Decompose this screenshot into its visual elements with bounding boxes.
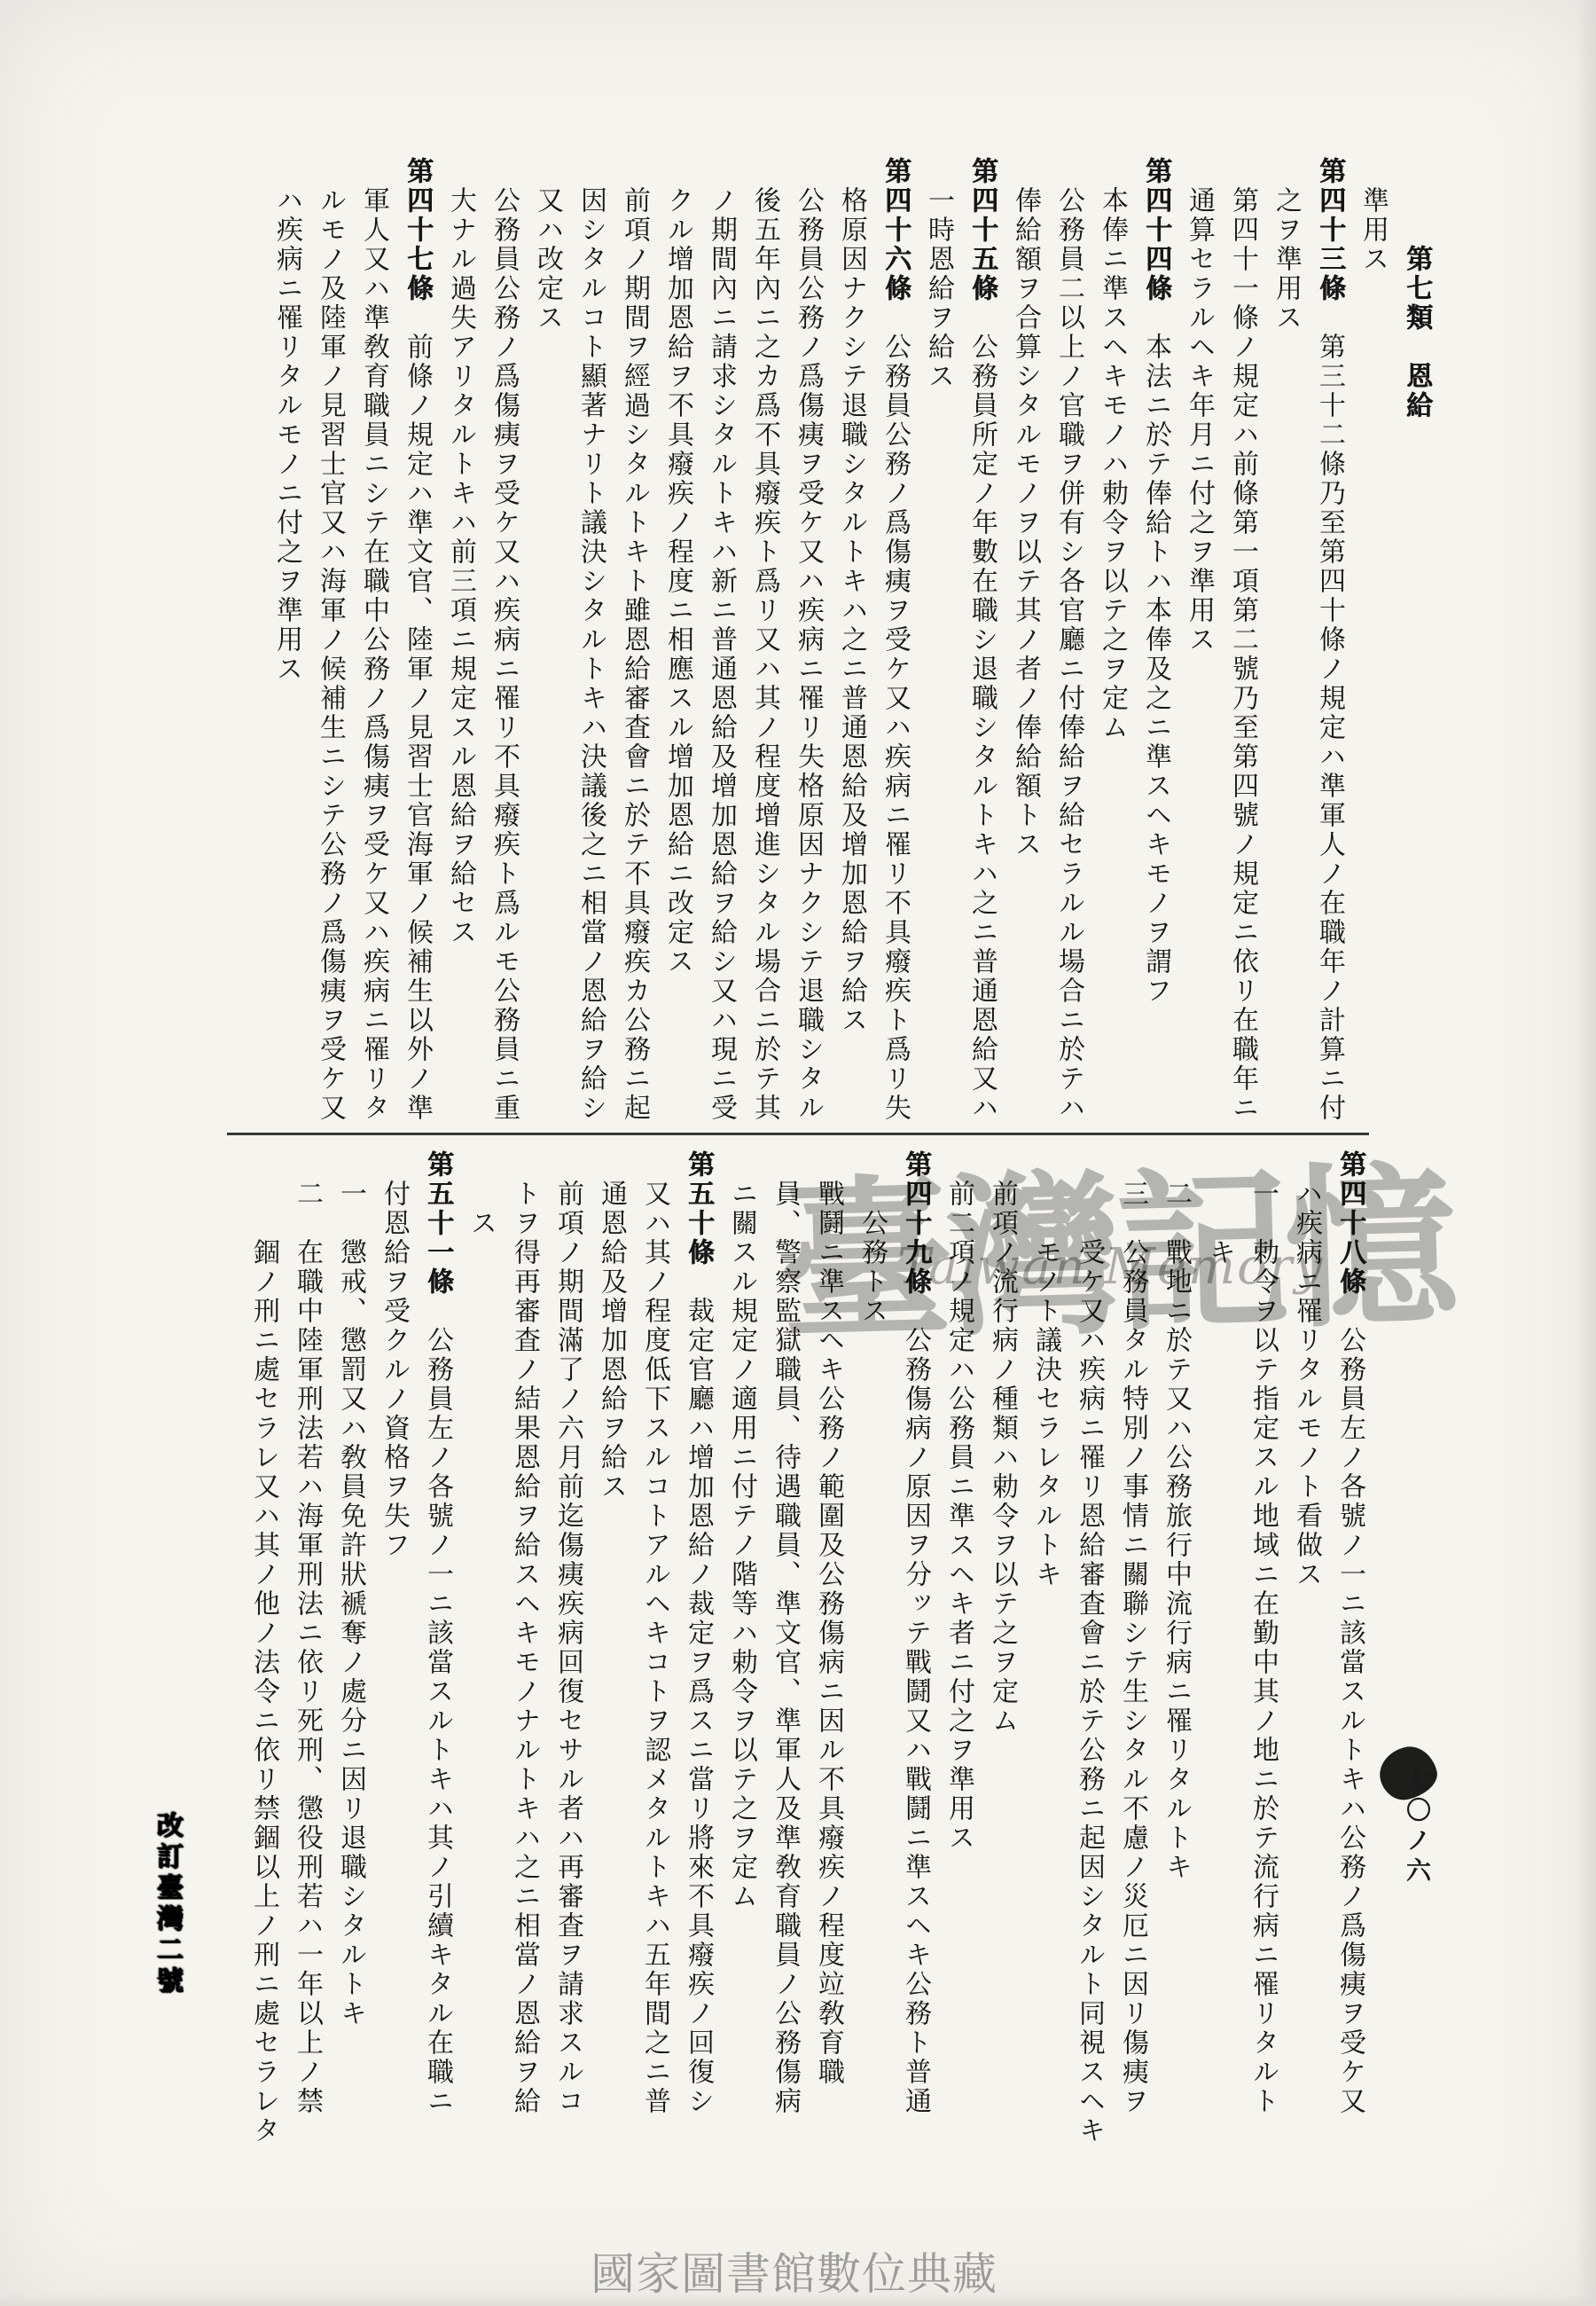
article-number: 第五十條: [683, 1150, 714, 1267]
text-column: 又ハ其ノ程度低下スルコトアルヘキコトヲ認メタルトキハ五年間之ニ普: [633, 1150, 677, 2157]
column-text: トヲ得再審査ノ結果恩給ヲ給スヘキモノナルトキハ之ニ相當ノ恩給ヲ給: [509, 1180, 540, 2116]
column-text: 因シタルコト顯著ナリト議決シタルトキハ決議後之ニ相當ノ恩給ヲ給シ: [575, 186, 606, 1123]
text-column: 因シタルコト顯著ナリト議決シタルトキハ決議後之ニ相當ノ恩給ヲ給シ: [569, 157, 613, 1133]
article-number: 第五十一條: [422, 1150, 453, 1297]
column-text: 俸給額ヲ合算シタルモノヲ以テ其ノ者ノ俸給額トス: [1010, 186, 1041, 859]
text-column: 通算セラルヘキ年月ニ付之ヲ準用ス: [1177, 157, 1221, 1133]
text-column: 之ヲ準用ス: [1264, 157, 1308, 1133]
column-text: ハ疾病ニ罹リタルモノト看做ス: [1291, 1180, 1322, 1589]
column-text: 第四十一條ノ規定ハ前條第一項第二號乃至第四號ノ規定ニ依リ在職年ニ: [1227, 186, 1258, 1123]
text-column: 第四十六條 公務員公務ノ爲傷痍ヲ受ケ又ハ疾病ニ罹リ不具癈疾ト爲リ失: [873, 157, 917, 1133]
column-text: ノ期間內ニ請求シタルトキハ新ニ普通恩給及增加恩給ヲ給シ又ハ現ニ受: [706, 186, 737, 1123]
text-column: 一 懲戒、懲罰又ハ敎員免許狀褫奪ノ處分ニ因リ退職シタルトキ: [329, 1150, 372, 2157]
article-number: 第四十四條: [1140, 157, 1171, 303]
column-text: 後五年內ニ之カ爲不具癈疾ト爲リ又ハ其ノ程度增進シタル場合ニ於テ其: [749, 186, 780, 1123]
text-column: 後五年內ニ之カ爲不具癈疾ト爲リ又ハ其ノ程度增進シタル場合ニ於テ其: [743, 157, 786, 1133]
scan-edge-shading: [1576, 0, 1596, 2306]
text-column: ス: [459, 1150, 503, 2157]
text-column: 第五十一條 公務員左ノ各號ノ一ニ該當スルトキハ其ノ引續キタル在職ニ: [416, 1150, 459, 2157]
text-column: トヲ得再審査ノ結果恩給ヲ給スヘキモノナルトキハ之ニ相當ノ恩給ヲ給: [503, 1150, 546, 2157]
column-text: 前項ノ期間ヲ經過シタルトキト雖恩給審査會ニ於テ不具癈疾カ公務ニ起: [619, 186, 650, 1123]
column-text: 前條ノ規定ハ準文官、陸軍ノ見習士官海軍ノ候補生以外ノ準: [402, 303, 433, 1123]
column-text: 本俸ニ準スヘキモノハ勅令ヲ以テ之ヲ定ム: [1097, 186, 1128, 742]
text-column: 又ハ改定ス: [526, 157, 569, 1133]
column-text: 公務員左ノ各號ノ一ニ該當スルトキハ其ノ引續キタル在職ニ: [422, 1297, 453, 2116]
text-column: 格原因ナクシテ退職シタルトキハ之ニ普通恩給及增加恩給ヲ給ス: [830, 157, 873, 1133]
page-number: 七〇ノ六: [1399, 1767, 1435, 1887]
text-column: 二 戰地ニ於テ又ハ公務旅行中流行病ニ罹リタルトキ: [1154, 1150, 1198, 2157]
column-text: 前項ノ期間滿了ノ六月前迄傷痍疾病回復セサル者ハ再審査ヲ請求スルコ: [552, 1180, 583, 2116]
column-text: 前二項ノ規定ハ公務員ニ準スヘキ者ニ付之ヲ準用ス: [943, 1180, 974, 1853]
upper-text-block: 第七類 恩給準用ス第四十三條 第三十二條乃至第四十條ノ規定ハ準軍人ノ在職年ノ計算…: [265, 157, 1438, 1133]
text-column: 第四十九條 公務傷病ノ原因ヲ分ッテ戰鬪又ハ戰鬪ニ準スヘキ公務ト普通: [894, 1150, 937, 2157]
text-column: 第四十八條 公務員左ノ各號ノ一ニ該當スルトキハ公務ノ爲傷痍ヲ受ケ又: [1328, 1150, 1372, 2157]
column-text: 員、警察監獄職員、待遇職員、準文官、準軍人及準敎育職員ノ公務傷病: [770, 1180, 801, 2116]
column-text: 又ハ其ノ程度低下スルコトアルヘキコトヲ認メタルトキハ五年間之ニ普: [639, 1180, 670, 2116]
article-number: 第四十三條: [1314, 157, 1345, 303]
column-text: 公務員公務ノ爲傷痍ヲ受ケ又ハ疾病ニ罹リ不具癈疾ト爲リ失: [880, 303, 911, 1123]
column-text: 三 公務員タル特別ノ事情ニ關聯シテ生シタル不慮ノ災厄ニ因リ傷痍ヲ: [1117, 1180, 1148, 2116]
column-text: 二 戰地ニ於テ又ハ公務旅行中流行病ニ罹リタルトキ: [1161, 1180, 1192, 1882]
text-column: 公務トス: [850, 1150, 894, 2157]
column-text: ルモノ及陸軍ノ見習士官又ハ海軍ノ候補生ニシテ公務ノ爲傷痍ヲ受ケ又: [315, 186, 346, 1123]
column-text: 又ハ改定ス: [532, 186, 563, 333]
column-text: キ: [1204, 1238, 1235, 1267]
column-text: 公務トス: [857, 1209, 888, 1326]
text-column: 軍人又ハ準敎育職員ニシテ在職中公務ノ爲傷痍ヲ受ケ又ハ疾病ニ罹リタ: [352, 157, 395, 1133]
column-text: ス: [465, 1209, 497, 1238]
text-column: 員、警察監獄職員、待遇職員、準文官、準軍人及準敎育職員ノ公務傷病: [763, 1150, 807, 2157]
text-column: 俸給額ヲ合算シタルモノヲ以テ其ノ者ノ俸給額トス: [1004, 157, 1047, 1133]
article-number: 第四十五條: [966, 157, 997, 303]
text-column: 第四十五條 公務員所定ノ年數在職シ退職シタルトキハ之ニ普通恩給又ハ: [960, 157, 1004, 1133]
column-text: 公務員公務ノ爲傷痍ヲ受ケ又ハ疾病ニ罹リ不具癈疾ト爲ルモ公務員ニ重: [489, 186, 520, 1123]
column-text: 錮ノ刑ニ處セラレ又ハ其ノ他ノ法令ニ依リ禁錮以上ノ刑ニ處セラレタ: [248, 1238, 279, 2145]
column-text: 裁定官廳ハ增加恩給ノ裁定ヲ爲スニ當リ將來不具癈疾ノ回復シ: [683, 1267, 714, 2116]
text-column: 第四十四條 本法ニ於テ俸給トハ本俸及之ニ準スヘキモノヲ謂フ: [1134, 157, 1177, 1133]
text-column: ハ疾病ニ罹リタルモノト看做ス: [1285, 1150, 1328, 2157]
column-text: 第七類 恩給: [1401, 245, 1432, 420]
text-column: クル增加恩給ヲ不具癈疾ノ程度ニ相應スル增加恩給ニ改定ス: [656, 157, 700, 1133]
column-text: 通恩給及增加恩給ヲ給ス: [596, 1180, 627, 1502]
column-text: 軍人又ハ準敎育職員ニシテ在職中公務ノ爲傷痍ヲ受ケ又ハ疾病ニ罹リタ: [358, 186, 389, 1123]
scanned-page: 第七類 恩給準用ス第四十三條 第三十二條乃至第四十條ノ規定ハ準軍人ノ在職年ノ計算…: [0, 0, 1596, 2306]
column-text: 公務員公務ノ爲傷痍ヲ受ケ又ハ疾病ニ罹リ失格原因ナクシテ退職シタル: [793, 186, 824, 1123]
article-number: 第四十九條: [900, 1150, 931, 1297]
text-column: 二 在職中陸軍刑法若ハ海軍刑法ニ依リ死刑、懲役刑若ハ一年以上ノ禁: [286, 1150, 329, 2157]
text-column: 公務員公務ノ爲傷痍ヲ受ケ又ハ疾病ニ罹リ不具癈疾ト爲ルモ公務員ニ重: [482, 157, 526, 1133]
column-text: 一 勅令ヲ以テ指定スル地域ニ在勤中其ノ地ニ於テ流行病ニ罹リタルト: [1248, 1180, 1279, 2116]
text-column: ハ疾病ニ罹リタルモノニ付之ヲ準用ス: [265, 157, 309, 1133]
column-text: 之ヲ準用ス: [1271, 186, 1302, 333]
text-column: キ: [1198, 1150, 1241, 2157]
text-column: 一 勅令ヲ以テ指定スル地域ニ在勤中其ノ地ニ於テ流行病ニ罹リタルト: [1241, 1150, 1285, 2157]
text-column: ノ期間內ニ請求シタルトキハ新ニ普通恩給及增加恩給ヲ給シ又ハ現ニ受: [700, 157, 743, 1133]
column-text: ニ關スル規定ノ適用ニ付テノ階等ハ勅令ヲ以テ之ヲ定ム: [726, 1180, 757, 1911]
text-column: 第四十三條 第三十二條乃至第四十條ノ規定ハ準軍人ノ在職年ノ計算ニ付: [1308, 157, 1351, 1133]
column-text: 一時恩給ヲ給ス: [923, 186, 954, 391]
text-column: 公務員公務ノ爲傷痍ヲ受ケ又ハ疾病ニ罹リ失格原因ナクシテ退職シタル: [786, 157, 830, 1133]
text-column: 準用ス: [1351, 157, 1395, 1133]
column-text: 格原因ナクシテ退職シタルトキハ之ニ普通恩給及增加恩給ヲ給ス: [836, 186, 867, 1035]
column-text: 戰鬪ニ準スヘキ公務ノ範圍及公務傷病ニ因ル不具癈疾ノ程度竝敎育職: [813, 1180, 844, 2087]
text-column: 三 公務員タル特別ノ事情ニ關聯シテ生シタル不慮ノ災厄ニ因リ傷痍ヲ: [1111, 1150, 1154, 2157]
text-column: 前項ノ期間ヲ經過シタルトキト雖恩給審査會ニ於テ不具癈疾カ公務ニ起: [613, 157, 656, 1133]
column-text: クル增加恩給ヲ不具癈疾ノ程度ニ相應スル增加恩給ニ改定ス: [662, 186, 693, 977]
text-column: 付恩給ヲ受クルノ資格ヲ失フ: [372, 1150, 416, 2157]
column-text: 付恩給ヲ受クルノ資格ヲ失フ: [379, 1180, 410, 1560]
text-column: 大ナル過失アリタルトキハ前三項ニ規定スル恩給ヲ給セス: [439, 157, 482, 1133]
text-column: 受ケ又ハ疾病ニ罹リ恩給審査會ニ於テ公務ニ起因シタルト同視スヘキ: [1068, 1150, 1111, 2157]
text-column: 前項ノ期間滿了ノ六月前迄傷痍疾病回復セサル者ハ再審査ヲ請求スルコ: [546, 1150, 590, 2157]
text-column: 戰鬪ニ準スヘキ公務ノ範圍及公務傷病ニ因ル不具癈疾ノ程度竝敎育職: [807, 1150, 850, 2157]
text-column: 公務員二以上ノ官職ヲ併有シ各官廳ニ付俸給ヲ給セラルル場合ニ於テハ: [1047, 157, 1091, 1133]
column-text: 前項ノ流行病ノ種類ハ勅令ヲ以テ之ヲ定ム: [987, 1180, 1018, 1736]
edge-label: 改訂臺灣二號: [147, 1811, 186, 1997]
column-text: 公務員左ノ各號ノ一ニ該當スルトキハ公務ノ爲傷痍ヲ受ケ又: [1334, 1297, 1365, 2116]
article-number: 第四十六條: [880, 157, 911, 303]
lower-text-block: 第四十八條 公務員左ノ各號ノ一ニ該當スルトキハ公務ノ爲傷痍ヲ受ケ又ハ疾病ニ罹リタ…: [242, 1150, 1372, 2157]
text-column: 本俸ニ準スヘキモノハ勅令ヲ以テ之ヲ定ム: [1091, 157, 1134, 1133]
column-text: 一 懲戒、懲罰又ハ敎員免許狀褫奪ノ處分ニ因リ退職シタルトキ: [335, 1180, 366, 2028]
text-column: 第四十七條 前條ノ規定ハ準文官、陸軍ノ見習士官海軍ノ候補生以外ノ準: [395, 157, 439, 1133]
column-text: 第三十二條乃至第四十條ノ規定ハ準軍人ノ在職年ノ計算ニ付: [1314, 303, 1345, 1123]
column-text: 通算セラルヘキ年月ニ付之ヲ準用ス: [1184, 186, 1215, 655]
column-text: 受ケ又ハ疾病ニ罹リ恩給審査會ニ於テ公務ニ起因シタルト同視スヘキ: [1074, 1238, 1105, 2145]
column-text: 大ナル過失アリタルトキハ前三項ニ規定スル恩給ヲ給セス: [445, 186, 476, 947]
section-heading: 第七類 恩給: [1395, 157, 1438, 1133]
column-text: 公務員二以上ノ官職ヲ併有シ各官廳ニ付俸給ヲ給セラルル場合ニ於テハ: [1053, 186, 1084, 1123]
text-column: 第五十條 裁定官廳ハ增加恩給ノ裁定ヲ爲スニ當リ將來不具癈疾ノ回復シ: [677, 1150, 720, 2157]
column-text: 準用ス: [1357, 186, 1389, 274]
text-column: 通恩給及增加恩給ヲ給ス: [590, 1150, 633, 2157]
text-column: 前二項ノ規定ハ公務員ニ準スヘキ者ニ付之ヲ準用ス: [937, 1150, 981, 2157]
column-text: モノト議決セラレタルトキ: [1030, 1238, 1061, 1589]
scan-edge-shading: [0, 2294, 1596, 2306]
text-column: 第四十一條ノ規定ハ前條第一項第二號乃至第四號ノ規定ニ依リ在職年ニ: [1221, 157, 1264, 1133]
column-text: ハ疾病ニ罹リタルモノニ付之ヲ準用ス: [271, 186, 302, 684]
article-number: 第四十七條: [402, 157, 433, 303]
column-divider-rule: [227, 1133, 1369, 1135]
text-column: 一時恩給ヲ給ス: [917, 157, 960, 1133]
text-column: 錮ノ刑ニ處セラレ又ハ其ノ他ノ法令ニ依リ禁錮以上ノ刑ニ處セラレタ: [242, 1150, 286, 2157]
text-column: ニ關スル規定ノ適用ニ付テノ階等ハ勅令ヲ以テ之ヲ定ム: [720, 1150, 763, 2157]
column-text: 二 在職中陸軍刑法若ハ海軍刑法ニ依リ死刑、懲役刑若ハ一年以上ノ禁: [292, 1180, 323, 2116]
text-column: モノト議決セラレタルトキ: [1024, 1150, 1068, 2157]
column-text: 本法ニ於テ俸給トハ本俸及之ニ準スヘキモノヲ謂フ: [1140, 303, 1171, 1006]
text-column: 前項ノ流行病ノ種類ハ勅令ヲ以テ之ヲ定ム: [981, 1150, 1024, 2157]
column-text: 公務傷病ノ原因ヲ分ッテ戰鬪又ハ戰鬪ニ準スヘキ公務ト普通: [900, 1297, 931, 2116]
text-column: ルモノ及陸軍ノ見習士官又ハ海軍ノ候補生ニシテ公務ノ爲傷痍ヲ受ケ又: [309, 157, 352, 1133]
article-number: 第四十八條: [1334, 1150, 1365, 1297]
column-text: 公務員所定ノ年數在職シ退職シタルトキハ之ニ普通恩給又ハ: [966, 303, 997, 1123]
